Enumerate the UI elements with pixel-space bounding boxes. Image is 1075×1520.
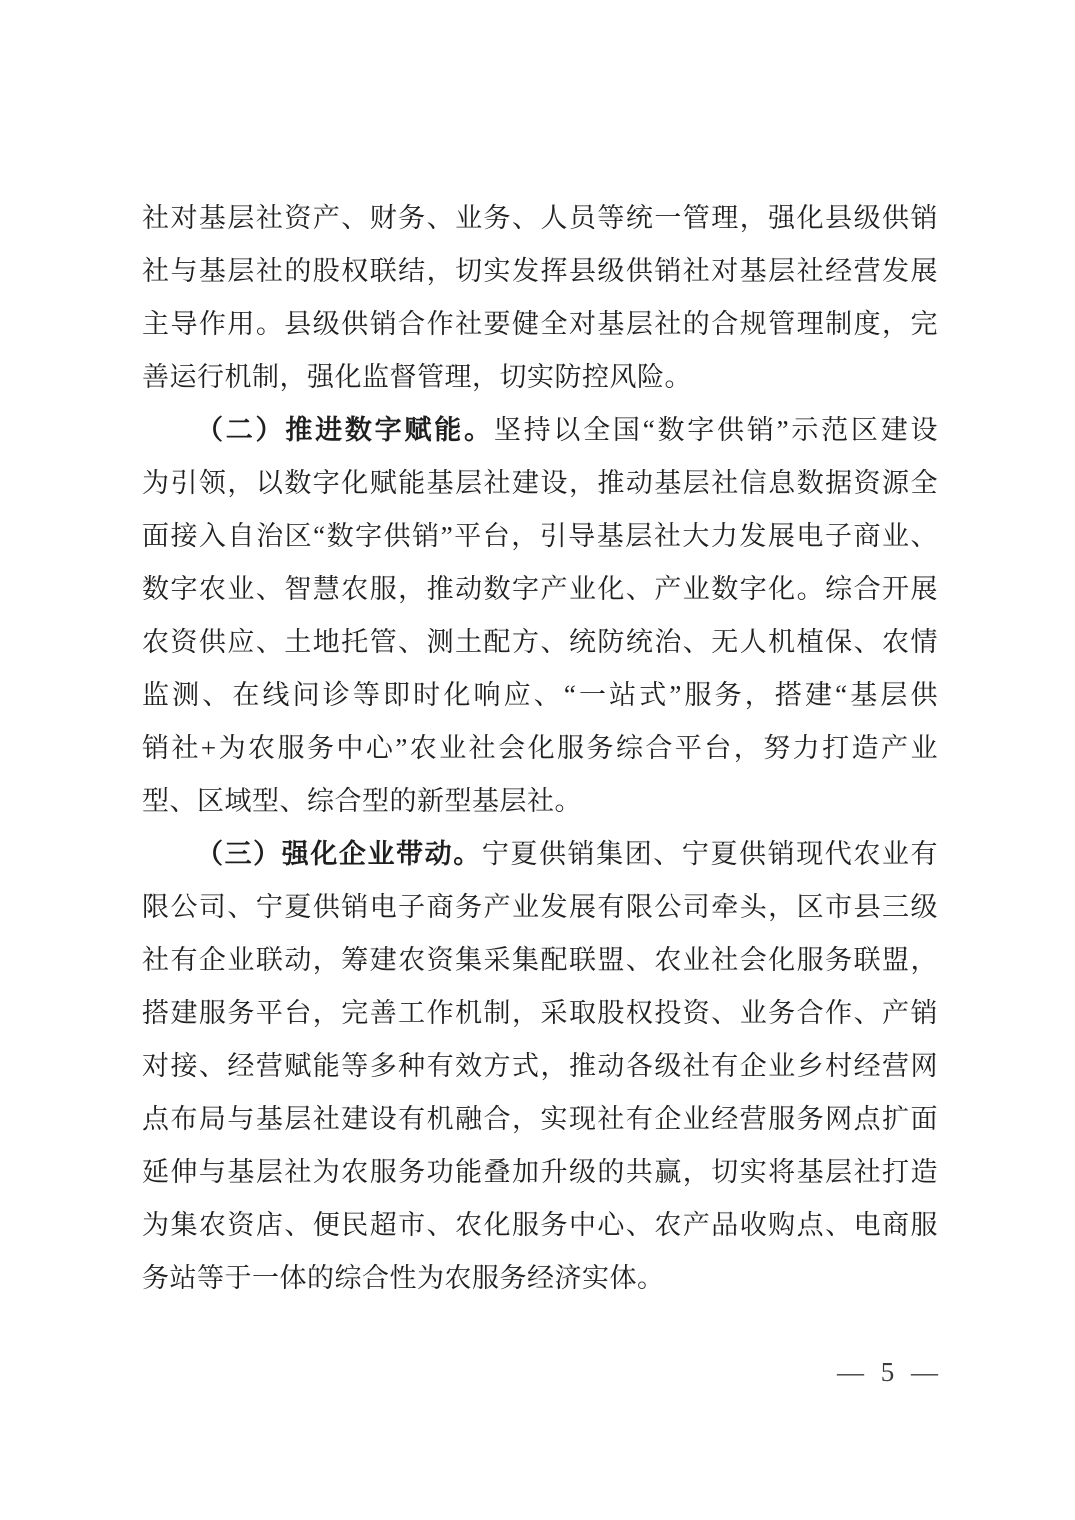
text-line: 社与基层社的股权联结，切实发挥县级供销社对基层社经营发展 — [142, 245, 938, 298]
text-line: 数字农业、智慧农服，推动数字产业化、产业数字化。综合开展 — [142, 563, 938, 616]
text-line: 搭建服务平台，完善工作机制，采取股权投资、业务合作、产销 — [142, 987, 938, 1040]
text-line: 社对基层社资产、财务、业务、人员等统一管理，强化县级供销 — [142, 192, 938, 245]
page-footer: — 5 — — [0, 1348, 940, 1396]
text-line: 农资供应、土地托管、测土配方、统防统治、无人机植保、农情 — [142, 616, 938, 669]
section-heading-2: （二）推进数字赋能。 — [196, 415, 494, 445]
paragraph-1: 社对基层社资产、财务、业务、人员等统一管理，强化县级供销 社与基层社的股权联结，… — [142, 192, 938, 404]
text-line: （三）强化企业带动。宁夏供销集团、宁夏供销现代农业有 — [142, 828, 938, 881]
text-line: 为集农资店、便民超市、农化服务中心、农产品收购点、电商服 — [142, 1199, 938, 1252]
paragraph-3: （三）强化企业带动。宁夏供销集团、宁夏供销现代农业有 限公司、宁夏供销电子商务产… — [142, 828, 938, 1305]
page-number: — 5 — — [837, 1357, 940, 1387]
text-line: 点布局与基层社建设有机融合，实现社有企业经营服务网点扩面 — [142, 1093, 938, 1146]
text-line: 为引领，以数字化赋能基层社建设，推动基层社信息数据资源全 — [142, 457, 938, 510]
text-line: 销社+为农服务中心”农业社会化服务综合平台，努力打造产业 — [142, 722, 938, 775]
section-heading-3: （三）强化企业带动。 — [196, 839, 482, 869]
text-line: 面接入自治区“数字供销”平台，引导基层社大力发展电子商业、 — [142, 510, 938, 563]
text-line: 型、区域型、综合型的新型基层社。 — [142, 775, 938, 828]
text-line: 主导作用。县级供销合作社要健全对基层社的合规管理制度，完 — [142, 298, 938, 351]
text-segment: 宁夏供销集团、宁夏供销现代农业有 — [482, 839, 938, 869]
text-line: （二）推进数字赋能。坚持以全国“数字供销”示范区建设 — [142, 404, 938, 457]
text-line: 对接、经营赋能等多种有效方式，推动各级社有企业乡村经营网 — [142, 1040, 938, 1093]
paragraph-2: （二）推进数字赋能。坚持以全国“数字供销”示范区建设 为引领，以数字化赋能基层社… — [142, 404, 938, 828]
document-page: 社对基层社资产、财务、业务、人员等统一管理，强化县级供销 社与基层社的股权联结，… — [0, 0, 1075, 1520]
text-line: 限公司、宁夏供销电子商务产业发展有限公司牵头，区市县三级 — [142, 881, 938, 934]
text-line: 善运行机制，强化监督管理，切实防控风险。 — [142, 351, 938, 404]
text-line: 监测、在线问诊等即时化响应、“一站式”服务，搭建“基层供 — [142, 669, 938, 722]
text-segment: 坚持以全国“数字供销”示范区建设 — [494, 415, 938, 445]
text-line: 延伸与基层社为农服务功能叠加升级的共赢，切实将基层社打造 — [142, 1146, 938, 1199]
document-body: 社对基层社资产、财务、业务、人员等统一管理，强化县级供销 社与基层社的股权联结，… — [142, 192, 938, 1305]
text-line: 务站等于一体的综合性为农服务经济实体。 — [142, 1252, 938, 1305]
text-line: 社有企业联动，筹建农资集采集配联盟、农业社会化服务联盟， — [142, 934, 938, 987]
